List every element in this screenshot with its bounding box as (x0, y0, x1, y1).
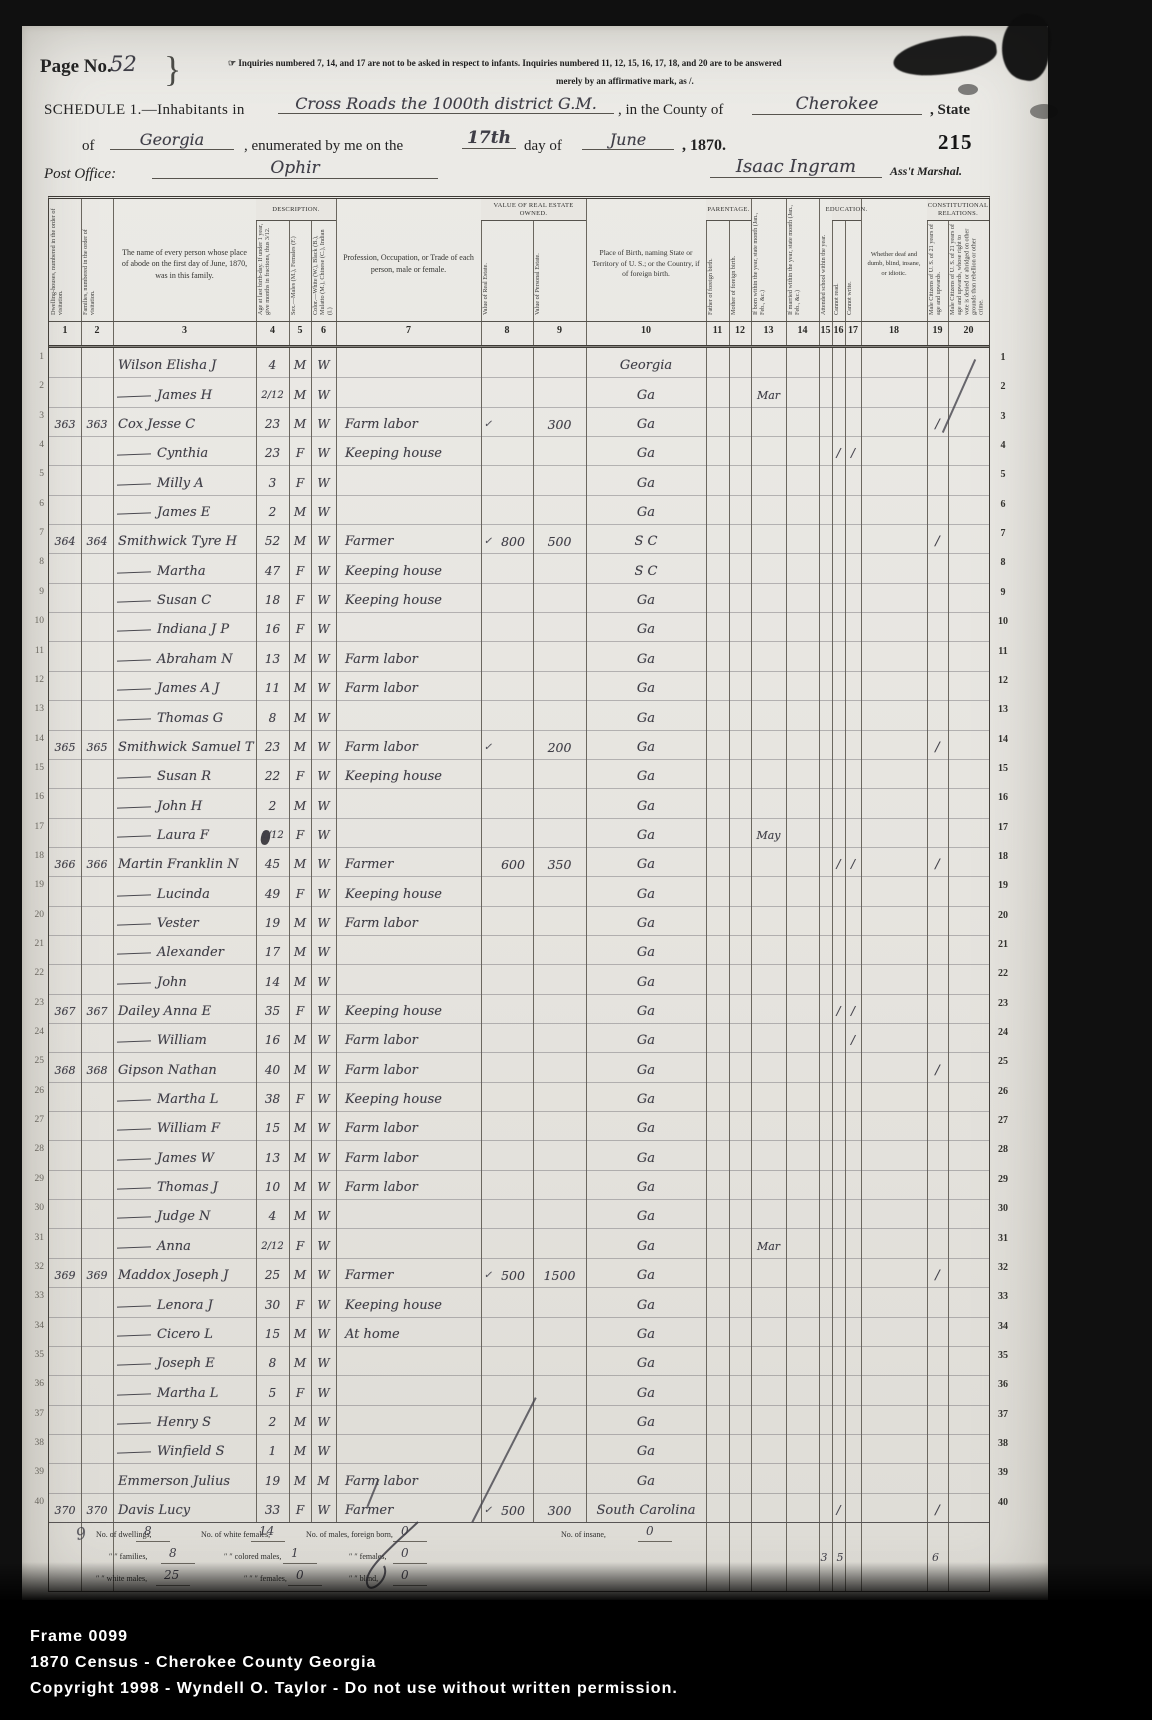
left-line-number: 21 (26, 939, 44, 949)
cell-clr: W (311, 473, 336, 494)
column-header-17: Cannot write. (846, 223, 860, 315)
notice-line1: ☞ Inquiries numbered 7, 14, and 17 are n… (228, 58, 1016, 69)
day-of-label: day of (524, 138, 562, 155)
cell-age: 38 (256, 1089, 289, 1110)
column-group-header: EDUCATION. (832, 199, 861, 221)
table-row: Anna2/12FWGaMar (49, 1229, 989, 1259)
ditto-dash (117, 1305, 151, 1307)
person-name: Thomas J (157, 1180, 218, 1195)
table-row: William16MWFarm laborGa/ (49, 1023, 989, 1053)
right-line-number: 11 (992, 646, 1014, 657)
state-value: Georgia (110, 130, 234, 150)
ditto-dash (117, 1158, 151, 1160)
cell-fam: 365 (81, 737, 113, 758)
ditto-dash (117, 689, 151, 691)
county-value: Cherokee (752, 94, 922, 115)
ditto-dash (117, 395, 151, 397)
cell-sex: M (289, 502, 311, 523)
year-label: , 1870. (682, 137, 726, 155)
column-header-5: Sex.—Males (M.), Females (F.) (290, 223, 310, 315)
cell-occ: Keeping house (336, 1089, 490, 1110)
cell-birth: Ga (586, 1295, 706, 1316)
cell-clr: W (311, 1265, 336, 1286)
cell-clr: W (311, 443, 336, 464)
cell-m19: / (927, 1500, 948, 1521)
table-row: Thomas G8MWGa (49, 700, 989, 730)
cell-age: 11 (256, 678, 289, 699)
right-line-number: 4 (992, 440, 1014, 451)
cell-age: 13 (256, 1148, 289, 1169)
column-number-9: 9 (533, 325, 586, 336)
cell-birth: Ga (586, 1471, 706, 1492)
cell-re: 500 (493, 1500, 533, 1521)
left-line-number: 39 (26, 1467, 44, 1477)
cell-sex: M (289, 1118, 311, 1139)
column-header-13: If born within the year, state month (Ja… (752, 204, 785, 315)
ditto-dash (117, 630, 151, 632)
cell-sex: F (289, 825, 311, 846)
census-scan-page: Page No. 52 } ☞ Inquiries numbered 7, 14… (0, 0, 1152, 1720)
day-value: 17th (462, 128, 516, 149)
right-line-number: 40 (992, 1497, 1014, 1508)
right-line-number: 6 (992, 499, 1014, 510)
left-line-number: 10 (26, 616, 44, 626)
cell-birth: Ga (586, 473, 706, 494)
column-header-3: The name of every person whose place of … (113, 218, 256, 310)
cell-sex: M (289, 796, 311, 817)
cell-age: 33 (256, 1500, 289, 1521)
right-line-number: 38 (992, 1438, 1014, 1449)
column-number-11: 11 (706, 325, 729, 336)
cell-clr: W (311, 649, 336, 670)
cell-m19: / (927, 854, 948, 875)
cell-birth: Ga (586, 708, 706, 729)
person-name: James H (157, 388, 212, 403)
total-label: ″ ″ families, (109, 1552, 147, 1561)
cell-clr: W (311, 1324, 336, 1345)
right-line-number: 24 (992, 1027, 1014, 1038)
cell-age: 4 (256, 1206, 289, 1227)
table-row: Emmerson Julius19MMFarm laborGa (49, 1463, 989, 1493)
person-name: Emmerson Julius (118, 1474, 230, 1489)
table-row: Laura F1/12FWGaMay (49, 818, 989, 848)
person-name: Smithwick Samuel T (118, 740, 254, 755)
table-row: Cynthia23FWKeeping houseGa// (49, 436, 989, 466)
ditto-dash (117, 1422, 151, 1424)
right-line-number: 31 (992, 1233, 1014, 1244)
left-line-number: 20 (26, 910, 44, 920)
cell-clr: M (311, 1471, 336, 1492)
cell-m13: Mar (751, 385, 786, 406)
left-line-number: 1 (26, 352, 44, 362)
cell-birth: Ga (586, 1206, 706, 1227)
page-no-value: 52 (110, 52, 137, 76)
left-line-number: 8 (26, 557, 44, 567)
paper-edge-shadow (0, 1562, 1152, 1602)
cell-age: 2 (256, 796, 289, 817)
cell-clr: W (311, 531, 336, 552)
right-line-number: 2 (992, 381, 1014, 392)
ditto-dash (117, 777, 151, 779)
ditto-dash (117, 835, 151, 837)
person-name: Cicero L (157, 1327, 213, 1342)
ditto-dash (117, 1452, 151, 1454)
ditto-dash (117, 1334, 151, 1336)
left-line-number: 7 (26, 528, 44, 538)
cell-birth: Ga (586, 619, 706, 640)
county-label: , in the County of (618, 102, 723, 119)
left-line-number: 5 (26, 469, 44, 479)
cell-sex: F (289, 1295, 311, 1316)
cell-birth: Ga (586, 1412, 706, 1433)
cell-sex: F (289, 884, 311, 905)
person-name: Lucinda (157, 887, 210, 902)
cell-sex: F (289, 590, 311, 611)
cell-sex: F (289, 1001, 311, 1022)
cell-birth: Ga (586, 766, 706, 787)
table-row: Lenora J30FWKeeping houseGa (49, 1287, 989, 1317)
right-line-number: 3 (992, 411, 1014, 422)
column-header-label: Value of Personal Estate. (534, 223, 585, 315)
right-line-number: 36 (992, 1379, 1014, 1390)
column-number-10: 10 (586, 325, 706, 336)
cell-cr: / (832, 1001, 845, 1022)
left-line-number: 36 (26, 1379, 44, 1389)
cell-birth: Ga (586, 502, 706, 523)
cell-birth: Ga (586, 737, 706, 758)
cell-sex: M (289, 414, 311, 435)
right-line-number: 34 (992, 1321, 1014, 1332)
column-number-12: 12 (729, 325, 751, 336)
cell-clr: W (311, 1295, 336, 1316)
cell-birth: Ga (586, 884, 706, 905)
ditto-dash (117, 1100, 151, 1102)
cell-pe: 200 (533, 737, 586, 758)
cell-sex: M (289, 1324, 311, 1345)
cell-sex: M (289, 1177, 311, 1198)
right-line-number: 30 (992, 1203, 1014, 1214)
column-header-14: If married within the year, state month … (787, 204, 818, 315)
cell-pe: 500 (533, 531, 586, 552)
header-rule (49, 321, 989, 322)
cell-m19: / (927, 1265, 948, 1286)
name-cell: Emmerson Julius (113, 1471, 261, 1492)
right-line-number: 10 (992, 616, 1014, 627)
cell-birth: Ga (586, 942, 706, 963)
cell-clr: W (311, 1383, 336, 1404)
cell-m19: / (927, 737, 948, 758)
person-name: Laura F (157, 828, 209, 843)
column-header-label: Dwelling-houses, numbered in the order o… (50, 204, 80, 315)
page-no-label: Page No. (40, 56, 112, 78)
cell-sex: F (289, 619, 311, 640)
cell-age: 49 (256, 884, 289, 905)
person-name: Abraham N (157, 652, 233, 667)
cell-occ: Farm labor (336, 678, 490, 699)
cell-occ: Keeping house (336, 1001, 490, 1022)
cell-sex: M (289, 1206, 311, 1227)
cell-birth: Ga (586, 649, 706, 670)
column-header-label: Age at last birth-day. If under 1 year, … (257, 223, 288, 315)
right-line-number: 28 (992, 1144, 1014, 1155)
person-name: Davis Lucy (118, 1503, 190, 1518)
cell-birth: Ga (586, 913, 706, 934)
ditto-dash (117, 1217, 151, 1219)
cell-sex: F (289, 1383, 311, 1404)
cell-birth: S C (586, 561, 706, 582)
cell-dw: 370 (49, 1500, 81, 1521)
cell-cw: / (845, 443, 861, 464)
left-line-number: 33 (26, 1291, 44, 1301)
table-row: Indiana J P16FWGa (49, 612, 989, 642)
cell-sex: M (289, 1441, 311, 1462)
name-cell: Martin Franklin N (113, 854, 261, 875)
table-row: James E2MWGa (49, 495, 989, 525)
cell-sex: F (289, 443, 311, 464)
cell-clr: W (311, 913, 336, 934)
cell-clr: W (311, 942, 336, 963)
cell-sex: F (289, 561, 311, 582)
post-office-label: Post Office: (44, 166, 116, 183)
cell-clr: W (311, 708, 336, 729)
cell-birth: Ga (586, 1089, 706, 1110)
left-line-number: 40 (26, 1497, 44, 1507)
total-underline (638, 1541, 672, 1542)
left-line-number: 35 (26, 1350, 44, 1360)
cell-cr: / (832, 854, 845, 875)
column-header-10: Place of Birth, naming State or Territor… (586, 218, 706, 310)
cell-birth: Ga (586, 590, 706, 611)
cell-sex: M (289, 972, 311, 993)
table-row: Smithwick Tyre H✓36436452MWFarmer800500S… (49, 524, 989, 554)
table-row: Joseph E8MWGa (49, 1346, 989, 1376)
cell-sex: M (289, 737, 311, 758)
cell-clr: W (311, 1441, 336, 1462)
total-label: ″ ″ colored males, (224, 1552, 281, 1561)
person-name: John (157, 975, 187, 990)
left-line-number: 15 (26, 763, 44, 773)
right-line-number: 29 (992, 1174, 1014, 1185)
right-line-number: 19 (992, 880, 1014, 891)
left-line-number: 25 (26, 1056, 44, 1066)
person-name: John H (157, 799, 202, 814)
ditto-dash (117, 1364, 151, 1366)
cell-sex: M (289, 1060, 311, 1081)
cell-occ: Keeping house (336, 766, 490, 787)
left-line-number: 28 (26, 1144, 44, 1154)
left-line-number: 32 (26, 1262, 44, 1272)
cell-cw: / (845, 1001, 861, 1022)
right-line-number: 27 (992, 1115, 1014, 1126)
cell-age: 1 (256, 1441, 289, 1462)
notice-line2: merely by an affirmative mark, as /. (556, 76, 694, 86)
right-line-number: 15 (992, 763, 1014, 774)
total-underline (136, 1541, 170, 1542)
column-header-19: Male Citizens of U. S. of 21 years of ag… (928, 223, 947, 315)
cell-birth: Ga (586, 678, 706, 699)
right-line-number: 20 (992, 910, 1014, 921)
cell-age: 35 (256, 1001, 289, 1022)
cell-age: 13 (256, 649, 289, 670)
name-cell: Dailey Anna E (113, 1001, 261, 1022)
cell-clr: W (311, 619, 336, 640)
cell-age: 2/12 (256, 385, 289, 406)
person-name: Martha (157, 564, 206, 579)
schedule-prefix: SCHEDULE 1.—Inhabitants in (44, 102, 245, 119)
column-header-1: Dwelling-houses, numbered in the order o… (50, 204, 80, 315)
table-row: Susan C18FWKeeping houseGa (49, 583, 989, 613)
left-line-number: 31 (26, 1233, 44, 1243)
total-label: No. of insane, (561, 1530, 606, 1539)
cell-age: 4 (256, 355, 289, 376)
census-table: DESCRIPTION.VALUE OF REAL ESTATE OWNED.P… (48, 196, 990, 1592)
right-line-number: 39 (992, 1467, 1014, 1478)
column-number-7: 7 (336, 325, 481, 336)
cell-birth: Ga (586, 1236, 706, 1257)
right-line-number: 1 (992, 352, 1014, 363)
brace-glyph: } (164, 48, 181, 90)
ditto-dash (117, 513, 151, 515)
column-number-14: 14 (786, 325, 819, 336)
column-number-18: 18 (861, 325, 927, 336)
of-label: of (82, 138, 95, 155)
cell-age: 16 (256, 1030, 289, 1051)
person-name: Gipson Nathan (118, 1063, 217, 1078)
column-group-header: CONSTITUTIONAL RELATIONS. (927, 199, 989, 221)
column-number-5: 5 (289, 325, 311, 336)
cell-clr: W (311, 1060, 336, 1081)
left-line-number: 29 (26, 1174, 44, 1184)
left-line-number: 12 (26, 675, 44, 685)
total-value: 1 (291, 1546, 299, 1560)
cell-clr: W (311, 414, 336, 435)
person-name: Susan R (157, 769, 211, 784)
cell-age: 22 (256, 766, 289, 787)
cell-sex: M (289, 1412, 311, 1433)
cell-occ: Farmer (336, 531, 490, 552)
cell-sex: F (289, 1500, 311, 1521)
person-name: William F (157, 1121, 220, 1136)
column-number-16: 16 (832, 325, 845, 336)
cell-m13: Mar (751, 1236, 786, 1257)
cell-age: 19 (256, 1471, 289, 1492)
cell-cw: / (845, 854, 861, 875)
column-header-12: Mother of foreign birth. (730, 223, 750, 315)
cell-age: 18 (256, 590, 289, 611)
total-value: 0 (646, 1524, 654, 1538)
column-group-header: VALUE OF REAL ESTATE OWNED. (481, 199, 586, 221)
ditto-dash (117, 1129, 151, 1131)
cell-sex: M (289, 942, 311, 963)
person-name: Martha L (157, 1092, 218, 1107)
cell-occ: Farm labor (336, 649, 490, 670)
table-row: Martha L38FWKeeping houseGa (49, 1082, 989, 1112)
cell-birth: Ga (586, 1030, 706, 1051)
person-name: Indiana J P (157, 622, 229, 637)
cell-birth: Ga (586, 1001, 706, 1022)
cell-dw: 366 (49, 854, 81, 875)
cell-re: 500 (493, 1265, 533, 1286)
cell-sex: M (289, 1471, 311, 1492)
cell-age: 23 (256, 414, 289, 435)
column-header-16: Cannot read. (833, 223, 844, 315)
cell-clr: W (311, 590, 336, 611)
name-cell: Maddox Joseph J (113, 1265, 261, 1286)
column-header-label: Male Citizens of U. S. of 21 years of ag… (949, 223, 988, 315)
column-number-15: 15 (819, 325, 832, 336)
total-value: 14 (259, 1524, 274, 1538)
left-line-number: 26 (26, 1086, 44, 1096)
caption-title: 1870 Census - Cherokee County Georgia (30, 1650, 678, 1676)
cell-clr: W (311, 737, 336, 758)
right-line-number: 22 (992, 968, 1014, 979)
cell-occ: Farm labor (336, 1471, 490, 1492)
cell-clr: W (311, 796, 336, 817)
table-row: Cicero L15MWAt homeGa (49, 1317, 989, 1347)
cell-clr: W (311, 1412, 336, 1433)
person-name: Martha L (157, 1386, 218, 1401)
ditto-dash (117, 483, 151, 485)
cell-birth: Ga (586, 414, 706, 435)
cell-age: 25 (256, 1265, 289, 1286)
left-line-number: 13 (26, 704, 44, 714)
ditto-dash (117, 1041, 151, 1043)
right-line-number: 9 (992, 587, 1014, 598)
cell-occ: Keeping house (336, 1295, 490, 1316)
person-name: Cox Jesse C (118, 417, 195, 432)
cell-age: 8 (256, 1353, 289, 1374)
right-line-number: 18 (992, 851, 1014, 862)
ditto-dash (117, 982, 151, 984)
cell-birth: Ga (586, 1353, 706, 1374)
cell-age: 15 (256, 1118, 289, 1139)
cell-dw: 363 (49, 414, 81, 435)
table-row: Wilson Elisha J4MWGeorgia (49, 348, 989, 378)
column-header-label: Sex.—Males (M.), Females (F.) (290, 223, 310, 315)
cell-clr: W (311, 854, 336, 875)
cell-age: 15 (256, 1324, 289, 1345)
table-row: John H2MWGa (49, 788, 989, 818)
cell-birth: Ga (586, 385, 706, 406)
column-header-label: Color.—White (W.), Black (B.), Mulatto (… (312, 223, 335, 315)
cell-sex: M (289, 913, 311, 934)
table-row: John14MWGa (49, 964, 989, 994)
right-line-number: 16 (992, 792, 1014, 803)
person-name: Maddox Joseph J (118, 1268, 228, 1283)
column-number-2: 2 (81, 325, 113, 336)
column-header-11: Father of foreign birth. (707, 223, 728, 315)
cell-occ: Farm labor (336, 1177, 490, 1198)
person-name: Vester (157, 916, 199, 931)
left-line-number: 11 (26, 646, 44, 656)
right-line-number: 12 (992, 675, 1014, 686)
column-number-4: 4 (256, 325, 289, 336)
person-name: Cynthia (157, 446, 208, 461)
name-cell: Smithwick Tyre H (113, 531, 261, 552)
cell-occ: At home (336, 1324, 490, 1345)
table-row: Winfield S1MWGa (49, 1434, 989, 1464)
cell-sex: M (289, 678, 311, 699)
column-header-6: Color.—White (W.), Black (B.), Mulatto (… (312, 223, 335, 315)
cell-pe: 1500 (533, 1265, 586, 1286)
table-row: Maddox Joseph J✓36936925MWFarmer5001500G… (49, 1258, 989, 1288)
table-row: Abraham N13MWFarm laborGa (49, 642, 989, 672)
table-row: Martha L5FWGa (49, 1375, 989, 1405)
caption-frame: Frame 0099 (30, 1624, 678, 1650)
cell-occ: Farm labor (336, 737, 490, 758)
column-header-label: Cannot write. (846, 223, 860, 315)
right-line-number: 8 (992, 557, 1014, 568)
